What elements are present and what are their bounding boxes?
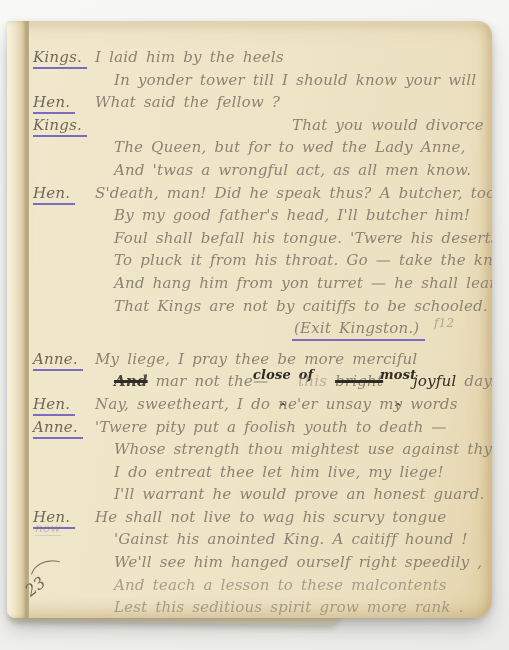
script-line: Anne.'Twere pity put a foolish youth to … [29, 418, 492, 441]
manuscript-photo: Kings.I laid him by the heelsIn yonder t… [0, 0, 509, 650]
script-line: And 'twas a wrongful act, as all men kno… [29, 161, 492, 184]
script-line: Kings.That you would divorce [29, 116, 492, 139]
script-line: Foul shall befall his tongue. 'Twere his… [29, 229, 492, 252]
line-text: In yonder tower till I should know your … [114, 71, 476, 89]
script-line: In yonder tower till I should know your … [29, 71, 492, 94]
script-line: And hang him from yon turret — he shall … [29, 274, 492, 297]
line-text: The Queen, but for to wed the Lady Anne, [114, 138, 466, 156]
script-line: And mar not the— close of‸ this bright m… [29, 372, 492, 395]
script-line: I'll warrant he would prove an honest gu… [29, 485, 492, 508]
speaker-label: Kings. [33, 116, 87, 137]
line-text: That you would divorce [292, 116, 484, 134]
line-text: Whose strength thou mightest use against… [114, 440, 492, 458]
speaker-label: Hen. [33, 93, 75, 114]
script-line: And teach a lesson to these malcontents [29, 576, 492, 599]
script-line: We'll see him hanged ourself right speed… [29, 553, 492, 576]
script-line: 'Gainst his anointed King. A caitiff hou… [29, 530, 492, 553]
script-line: Hen.S'death, man! Did he speak thus? A b… [29, 184, 492, 207]
speaker-label: Anne. [33, 350, 83, 371]
line-text: 'Twere pity put a foolish youth to death… [95, 418, 447, 436]
struck-word: And [114, 372, 148, 390]
struck-word: bright [335, 372, 383, 390]
word: day. [464, 372, 492, 390]
stage-direction: (Exit Kingston.) [292, 319, 425, 341]
script-line: Whose strength thou mightest use against… [29, 440, 492, 463]
script-line: (Exit Kingston.)f12 [29, 319, 492, 342]
line-text: 'Gainst his anointed King. A caitiff hou… [114, 530, 468, 548]
line-text: What said the fellow ? [95, 93, 280, 111]
speaker-label: Hen. [33, 184, 75, 205]
line-text: Foul shall befall his tongue. 'Twere his… [114, 229, 492, 247]
script-line: Hen.What said the fellow ? [29, 93, 492, 116]
manuscript-text-block: Kings.I laid him by the heelsIn yonder t… [29, 21, 492, 618]
word: this [298, 372, 327, 390]
line-text: By my good father's head, I'll butcher h… [114, 206, 470, 224]
script-line: Hen.He shall not live to wag his scurvy … [29, 508, 492, 531]
script-line: Hen.Nay, sweetheart, I do ne'er unsay my… [29, 395, 492, 418]
inserted-word: close of‸ [276, 385, 290, 386]
script-line: That Kings are not by caitiffs to be sch… [29, 297, 492, 320]
line-text: And teach a lesson to these malcontents [114, 576, 447, 594]
line-text: S'death, man! Did he speak thus? A butch… [95, 184, 492, 202]
speaker-label: Anne. [33, 418, 83, 439]
speaker-label: Kings. [33, 48, 87, 69]
word: joyful [413, 372, 456, 390]
script-line: To pluck it from his throat. Go — take t… [29, 251, 492, 274]
book-gutter [7, 21, 29, 618]
line-text: My liege, I pray thee be more merciful [95, 350, 417, 368]
line-text: Lest this seditious spirit grow more ran… [114, 598, 464, 616]
script-line: By my good father's head, I'll butcher h… [29, 206, 492, 229]
line-text: I do entreat thee let him live, my liege… [114, 463, 444, 481]
line-text: And hang him from yon turret — he shall … [114, 274, 492, 292]
word: mar not the— [156, 372, 269, 390]
line-text: And mar not the— close of‸ this bright m… [114, 372, 492, 390]
line-text: I laid him by the heels [95, 48, 284, 66]
line-text: He shall not live to wag his scurvy tong… [95, 508, 446, 526]
script-line: Kings.I laid him by the heels [29, 48, 492, 71]
script-line: The Queen, but for to wed the Lady Anne, [29, 138, 492, 161]
line-text: We'll see him hanged ourself right speed… [114, 553, 482, 571]
script-line: Lest this seditious spirit grow more ran… [29, 598, 492, 618]
line-text: And 'twas a wrongful act, as all men kno… [114, 161, 471, 179]
line-text: To pluck it from his throat. Go — take t… [114, 251, 492, 269]
speaker-label: Hen. [33, 395, 75, 416]
line-text: I'll warrant he would prove an honest gu… [114, 485, 485, 503]
line-text: Nay, sweetheart, I do ne'er unsay my wor… [95, 395, 458, 413]
inserted-word: most‸ [391, 385, 405, 386]
script-line: I do entreat thee let him live, my liege… [29, 463, 492, 486]
pencil-annotation: f12 [434, 316, 454, 330]
line-text: That Kings are not by caitiffs to be sch… [114, 297, 488, 315]
manuscript-page: Kings.I laid him by the heelsIn yonder t… [7, 21, 492, 618]
